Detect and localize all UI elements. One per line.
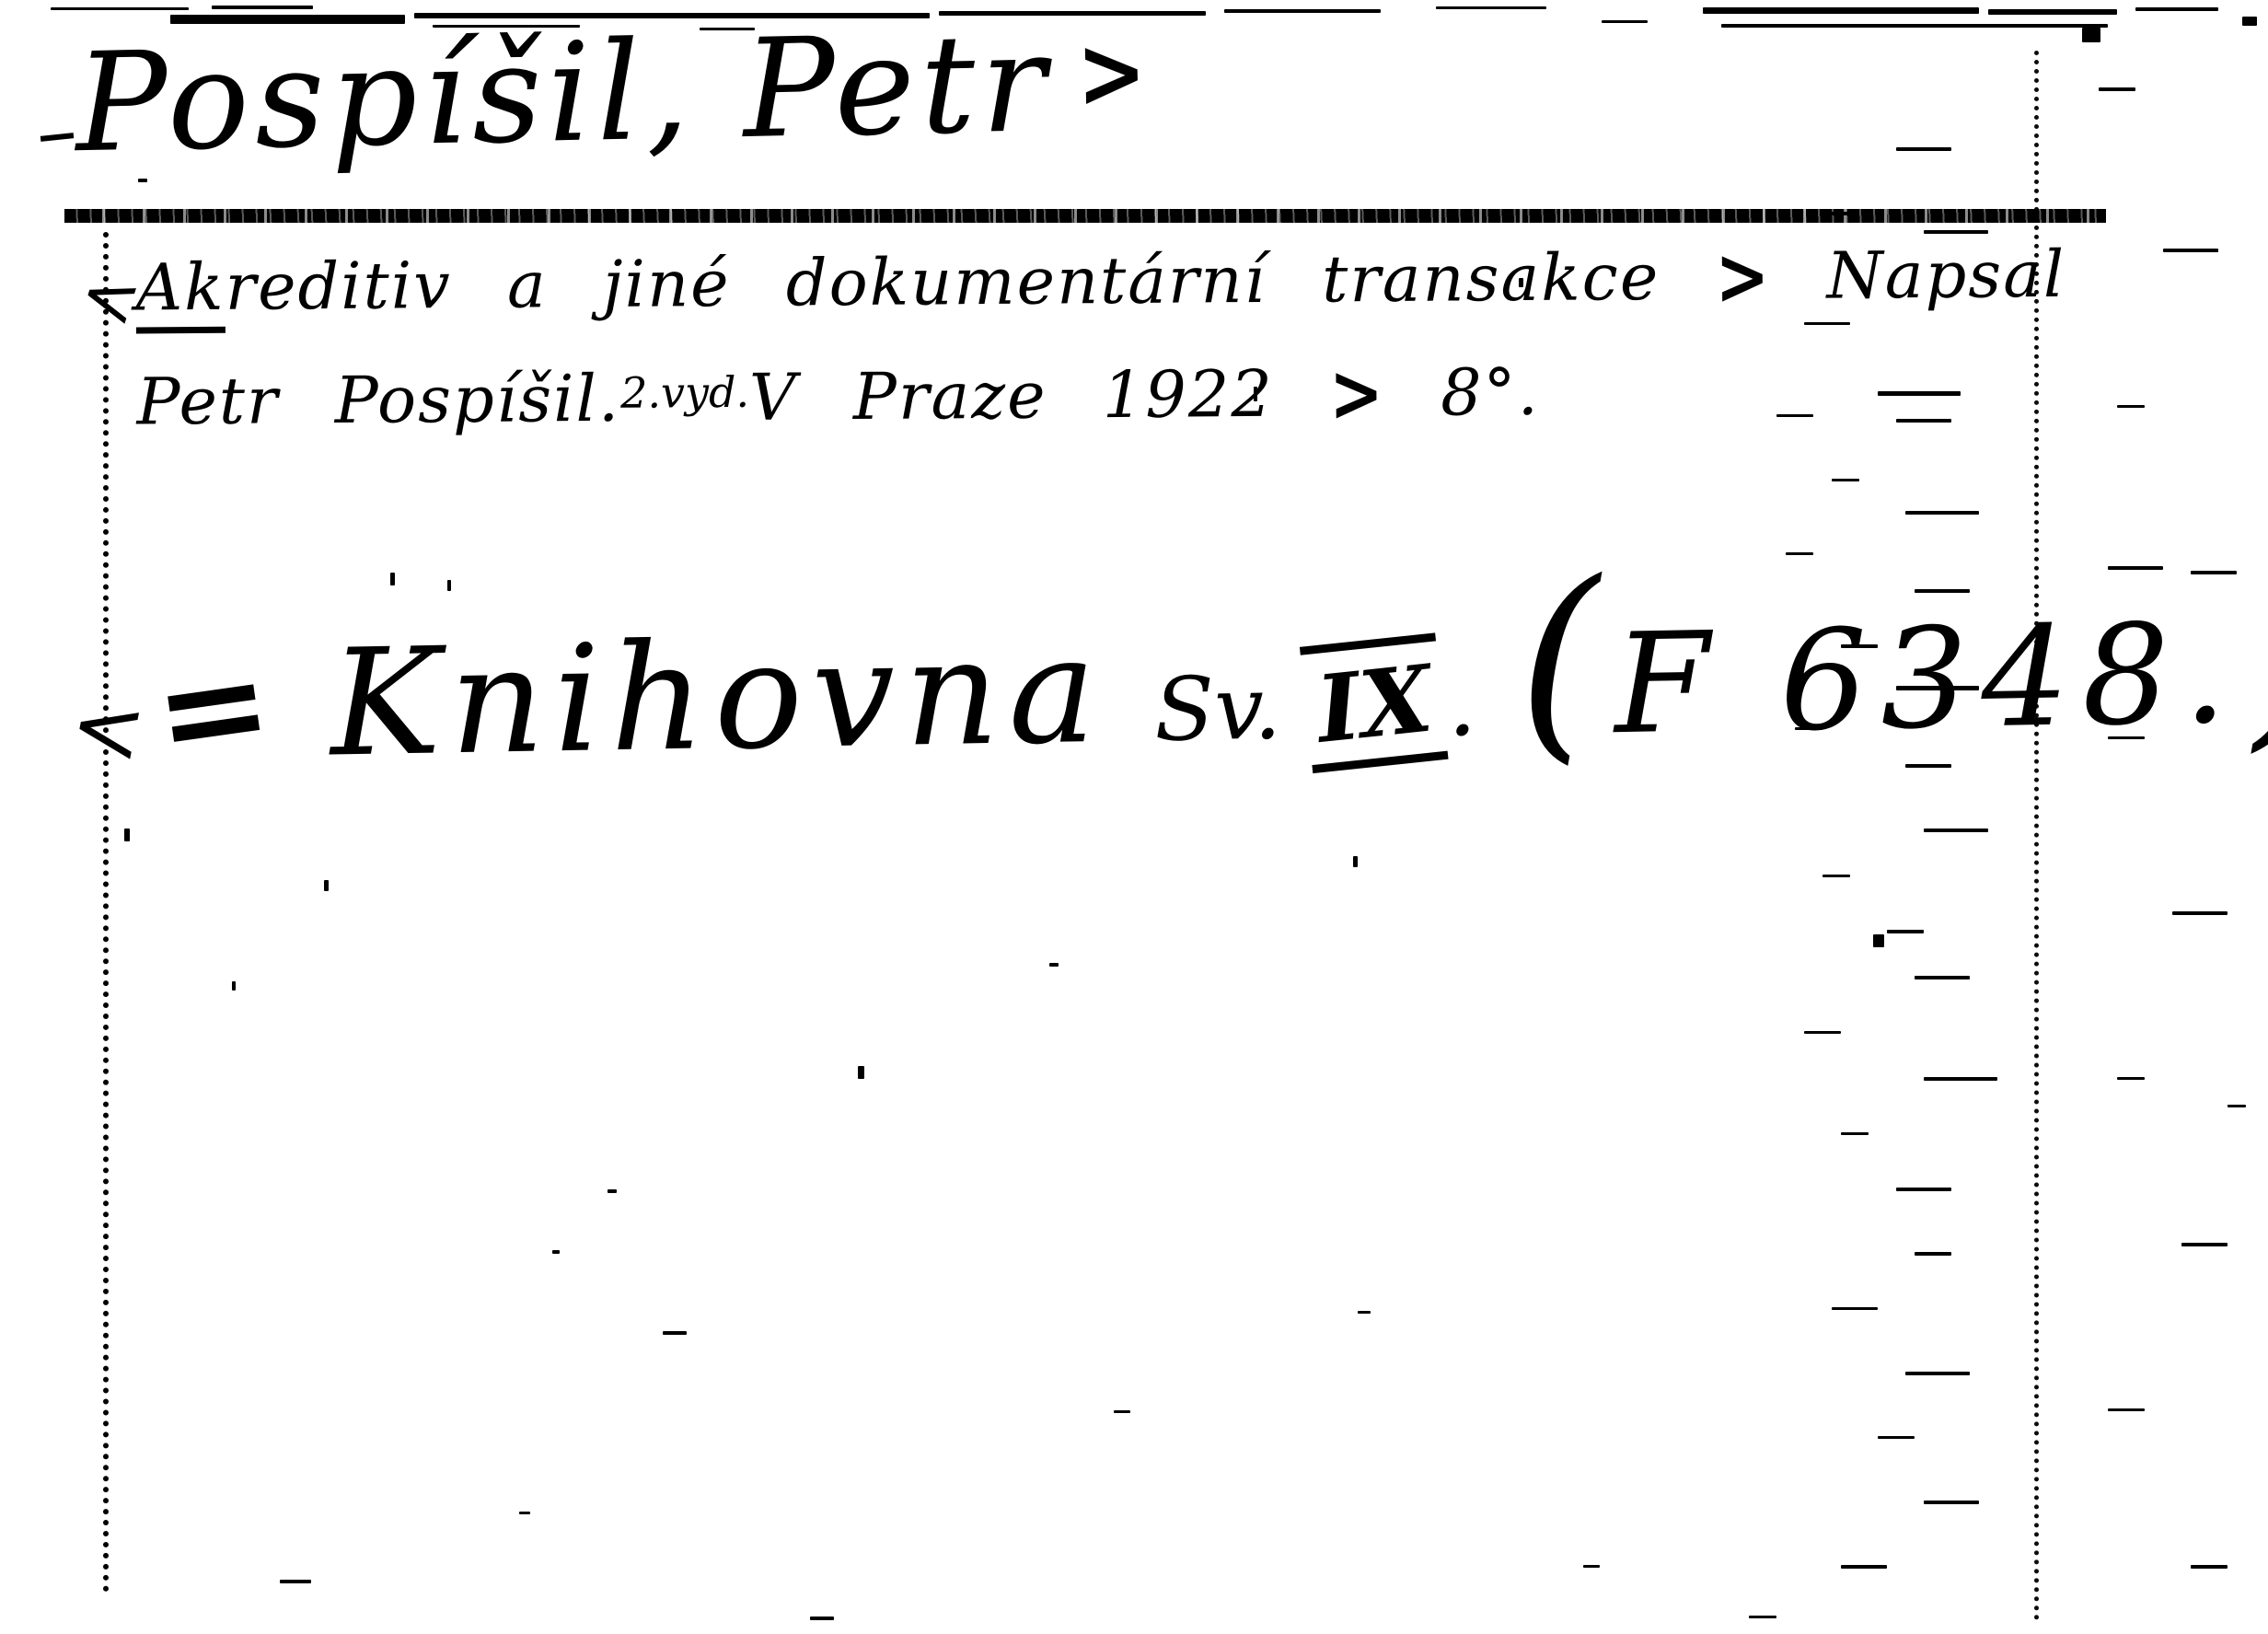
noise-mark <box>1841 1565 1887 1569</box>
edition-statement-inserted: 2.vyd. <box>620 367 749 418</box>
call-number-open-paren: ( <box>1515 537 1602 784</box>
noise-mark <box>1924 1501 1979 1504</box>
noise-mark <box>1519 278 1523 287</box>
heading-rule-line <box>64 209 2106 223</box>
noise-mark <box>2181 1243 2227 1246</box>
noise-mark <box>232 981 236 991</box>
heading-insert-caret-mark: > <box>1076 13 1153 132</box>
noise-mark <box>1583 1565 1600 1568</box>
noise-mark <box>2108 736 2145 739</box>
volume-roman-numeral: IX <box>1300 632 1449 773</box>
noise-mark <box>1896 419 1951 423</box>
noise-mark <box>1878 1436 1915 1439</box>
noise-mark <box>2172 911 2227 915</box>
pre-heading-dash-mark <box>40 133 74 142</box>
roman-numeral-dot: . <box>1446 649 1477 758</box>
noise-mark <box>1878 391 1961 396</box>
noise-mark <box>2108 566 2163 570</box>
left-margin-dotted-line <box>103 232 109 1593</box>
noise-mark <box>1721 24 2108 28</box>
title-rest: reditiv a jiné dokumentární transakce <box>225 239 1660 325</box>
noise-mark <box>2163 249 2218 252</box>
noise-mark <box>1224 9 1381 13</box>
noise-mark <box>1254 387 1257 401</box>
noise-mark <box>1436 6 1546 9</box>
noise-mark <box>1924 829 1988 832</box>
noise-mark <box>324 880 329 891</box>
noise-mark <box>447 580 451 591</box>
noise-mark <box>2135 7 2218 11</box>
insert-caret-mark: > <box>1329 325 1386 461</box>
noise-mark <box>700 28 755 30</box>
place-year: V Praze 1922 <box>749 356 1274 435</box>
author-statement: Petr Pospíšil. <box>136 361 620 440</box>
noise-mark <box>390 573 395 585</box>
noise-mark <box>2117 405 2145 408</box>
noise-mark <box>858 1066 864 1079</box>
noise-mark <box>1896 1188 1951 1191</box>
call-number: F 6348. <box>1613 594 2240 765</box>
noise-mark <box>1915 589 1970 593</box>
call-number-close-paren: ) <box>2251 524 2268 771</box>
noise-mark <box>1896 147 1951 151</box>
description-block: Akreditiv a jiné dokumentární transakce … <box>135 220 2107 457</box>
right-margin-dotted-line <box>2034 51 2039 1621</box>
heading-author-name: Pospíšil, Petr <box>74 4 1053 182</box>
noise-mark <box>1905 1372 1970 1375</box>
noise-mark <box>1353 856 1358 867</box>
noise-mark <box>2191 1565 2227 1569</box>
noise-mark <box>138 179 147 182</box>
noise-mark <box>1703 7 1979 14</box>
noise-mark <box>51 7 189 10</box>
noise-mark <box>280 1580 311 1583</box>
noise-mark <box>2108 1408 2145 1411</box>
holdings-equals-mark: = <box>145 620 282 797</box>
noise-mark <box>2082 28 2100 42</box>
noise-mark <box>124 829 130 841</box>
noise-mark <box>1873 934 1884 947</box>
noise-mark <box>517 724 523 733</box>
noise-mark <box>414 13 930 18</box>
noise-mark <box>2191 571 2237 574</box>
format-statement: 8°. <box>1441 354 1540 431</box>
noise-mark <box>1049 963 1059 967</box>
noise-mark <box>2227 1105 2246 1107</box>
noise-mark <box>1988 9 2117 15</box>
noise-mark <box>1822 875 1850 877</box>
description-line-2: Petr Pospíšil.2.vyd.V Praze 1922 > 8°. <box>136 329 2107 457</box>
noise-mark <box>2099 87 2135 91</box>
noise-mark <box>552 1250 560 1254</box>
noise-mark <box>1924 230 1988 234</box>
noise-mark <box>1749 1616 1776 1618</box>
noise-mark <box>1915 976 1970 979</box>
noise-mark <box>519 1512 530 1514</box>
noise-mark <box>2117 1077 2145 1080</box>
noise-mark <box>1358 1311 1371 1314</box>
noise-mark <box>1887 930 1924 933</box>
noise-mark <box>810 1617 834 1620</box>
noise-mark <box>170 15 405 24</box>
noise-mark <box>1776 414 1813 417</box>
noise-mark <box>1896 686 1979 690</box>
noise-mark <box>1832 1307 1878 1310</box>
noise-mark <box>1804 1031 1841 1034</box>
volume-abbreviation: Sv. <box>1153 657 1282 760</box>
title-underlined-prefix: Ak <box>135 249 226 334</box>
noise-mark <box>212 6 313 9</box>
noise-mark <box>1832 479 1859 481</box>
noise-mark <box>1905 511 1979 515</box>
noise-mark <box>1786 552 1813 555</box>
noise-mark <box>939 11 1206 16</box>
noise-mark <box>1795 727 1822 730</box>
noise-mark <box>1841 1132 1869 1135</box>
noise-mark <box>1924 1077 1997 1081</box>
noise-mark <box>1841 644 1878 648</box>
heading-line: Pospíšil, Petr> <box>74 2 1153 182</box>
noise-mark <box>2242 17 2257 26</box>
noise-mark <box>663 1331 687 1335</box>
noise-mark <box>1602 20 1648 23</box>
noise-mark <box>1822 212 1859 215</box>
library-word: Knihovna <box>329 604 1106 790</box>
noise-mark <box>1915 1252 1951 1256</box>
noise-mark <box>1905 764 1951 768</box>
insert-caret-mark: > <box>1715 208 1772 344</box>
napsal-label: Napsal <box>1826 237 2065 314</box>
noise-mark <box>1804 322 1850 325</box>
noise-mark <box>1114 1410 1130 1413</box>
scanned-catalog-card: { "colors": { "ink": "#000000", "paper":… <box>0 0 2268 1634</box>
noise-mark <box>607 1189 617 1193</box>
noise-mark <box>433 25 580 28</box>
